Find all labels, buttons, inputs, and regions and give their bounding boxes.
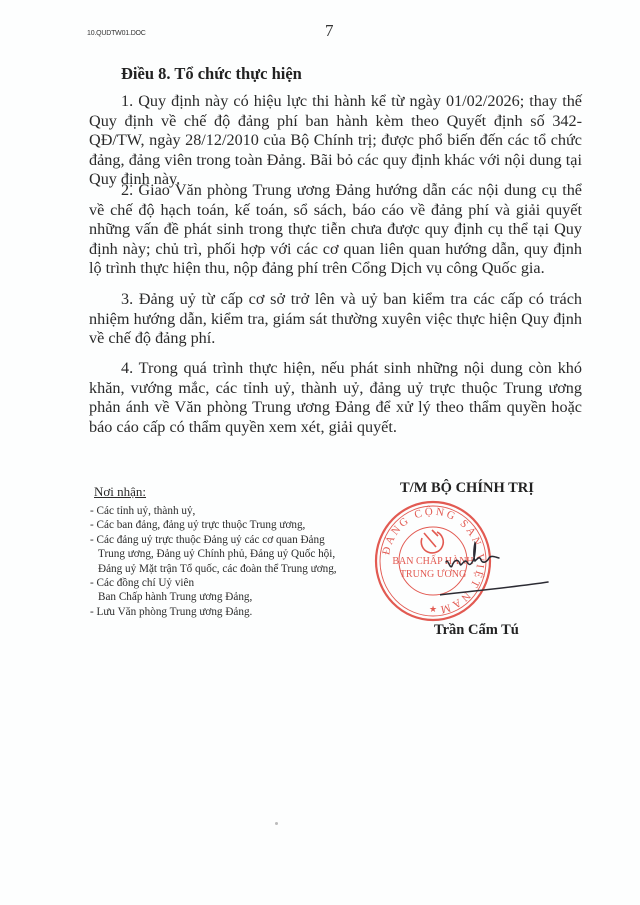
- page-number: 7: [325, 21, 334, 41]
- recipient-item: Đảng uỷ Mặt trận Tổ quốc, các đoàn thể T…: [90, 562, 360, 576]
- handwritten-signature: [440, 538, 590, 608]
- recipients-list: Nơi nhận: - Các tỉnh uỷ, thành uỷ, - Các…: [90, 483, 360, 619]
- svg-text:★: ★: [429, 605, 437, 615]
- signature-title: T/M BỘ CHÍNH TRỊ: [400, 480, 534, 497]
- article-title: Điều 8. Tổ chức thực hiện: [121, 64, 302, 84]
- recipient-item: - Các đồng chí Uỷ viên: [90, 576, 360, 590]
- paragraph-2: 2. Giao Văn phòng Trung ương Đảng hướng …: [89, 181, 582, 279]
- recipient-item: - Các đảng uỷ trực thuộc Đảng uỷ các cơ …: [90, 533, 360, 547]
- recipient-item: - Các ban đảng, đảng uỷ trực thuộc Trung…: [90, 518, 360, 532]
- file-code: 10.QUDTW01.DOC: [87, 30, 146, 37]
- paragraph-3: 3. Đảng uỷ từ cấp cơ sở trở lên và uỷ ba…: [89, 290, 582, 349]
- paragraph-1: 1. Quy định này có hiệu lực thi hành kể …: [89, 92, 582, 190]
- recipient-item: Ban Chấp hành Trung ương Đảng,: [90, 590, 360, 604]
- paragraph-4: 4. Trong quá trình thực hiện, nếu phát s…: [89, 359, 582, 437]
- scan-speck: [275, 822, 278, 825]
- recipient-item: Trung ương, Đảng uỷ Chính phủ, Đảng uỷ Q…: [90, 547, 360, 561]
- signer-name: Trần Cẩm Tú: [434, 622, 519, 639]
- recipient-item: - Lưu Văn phòng Trung ương Đảng.: [90, 605, 360, 619]
- recipients-heading: Nơi nhận:: [94, 483, 360, 501]
- recipient-item: - Các tỉnh uỷ, thành uỷ,: [90, 504, 360, 518]
